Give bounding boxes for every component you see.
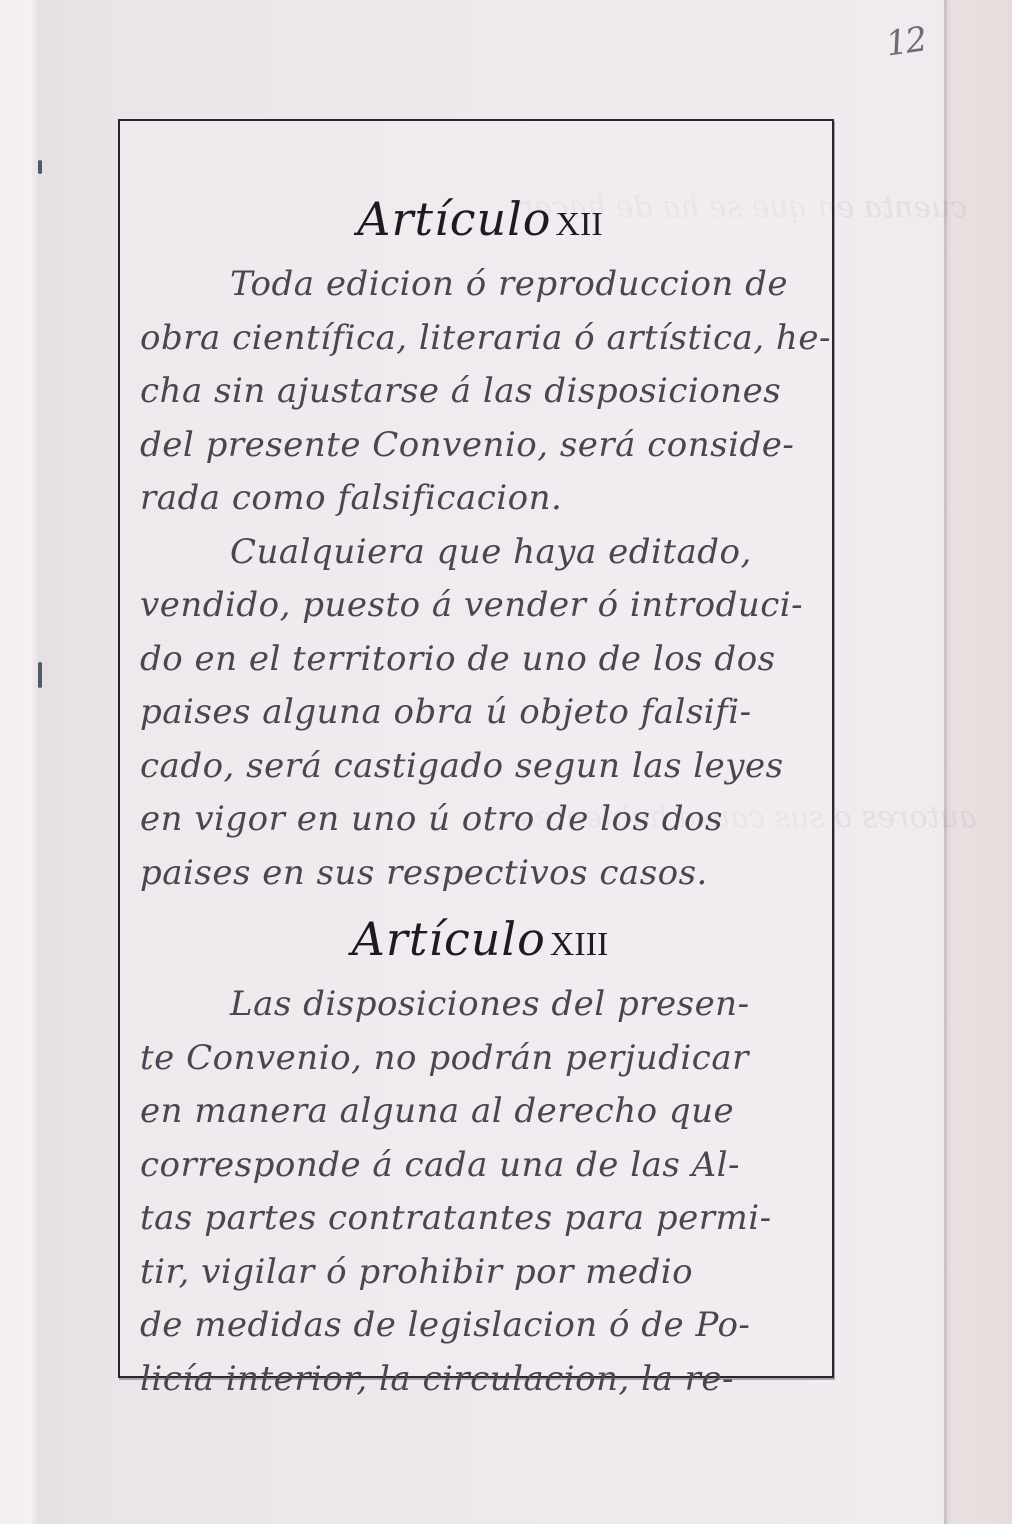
article-heading-xiii: ArtículoXIII [140, 900, 820, 978]
heading-word: Artículo [352, 912, 546, 966]
text-line: vendido, puesto á vender ó introduci- [140, 579, 820, 633]
heading-numeral: XII [556, 206, 603, 243]
text-line: cado, será castigado segun las leyes [140, 740, 820, 794]
left-page-edge [0, 0, 40, 1524]
text-line: paises en sus respectivos casos. [140, 847, 820, 901]
text-line: cha sin ajustarse á las disposiciones [140, 365, 820, 419]
text-line: rada como falsificacion. [140, 472, 820, 526]
text-line: tas partes contratantes para permi- [140, 1192, 820, 1246]
text-line: corresponde á cada una de las Al- [140, 1139, 820, 1193]
text-line: tir, vigilar ó prohibir por medio [140, 1246, 820, 1300]
text-line: en vigor en uno ú otro de los dos [140, 793, 820, 847]
heading-word: Artículo [357, 192, 551, 246]
binding-mark [38, 160, 42, 174]
text-line: en manera alguna al derecho que [140, 1085, 820, 1139]
text-line: do en el territorio de uno de los dos [140, 633, 820, 687]
text-line: obra científica, literaria ó artística, … [140, 312, 820, 366]
text-line: paises alguna obra ú objeto falsifi- [140, 686, 820, 740]
binding-mark [38, 662, 42, 688]
text-line: de medidas de legislacion ó de Po- [140, 1299, 820, 1353]
manuscript-body: ArtículoXII Toda edicion ó reproduccion … [140, 180, 820, 1406]
text-line: Toda edicion ó reproduccion de [140, 258, 820, 312]
document-scan: 12 cuenta en que se ha de hacer autores … [0, 0, 1012, 1524]
article-heading-xii: ArtículoXII [140, 180, 820, 258]
text-line: Cualquiera que haya editado, [140, 526, 820, 580]
right-page-edge [944, 0, 947, 1524]
text-line: Las disposiciones del presen- [140, 978, 820, 1032]
text-line: del presente Convenio, será conside- [140, 419, 820, 473]
text-line: licía interior, la circulacion, la re- [140, 1353, 820, 1407]
page-number: 12 [883, 19, 927, 64]
text-line: te Convenio, no podrán perjudicar [140, 1032, 820, 1086]
heading-numeral: XIII [550, 926, 609, 963]
